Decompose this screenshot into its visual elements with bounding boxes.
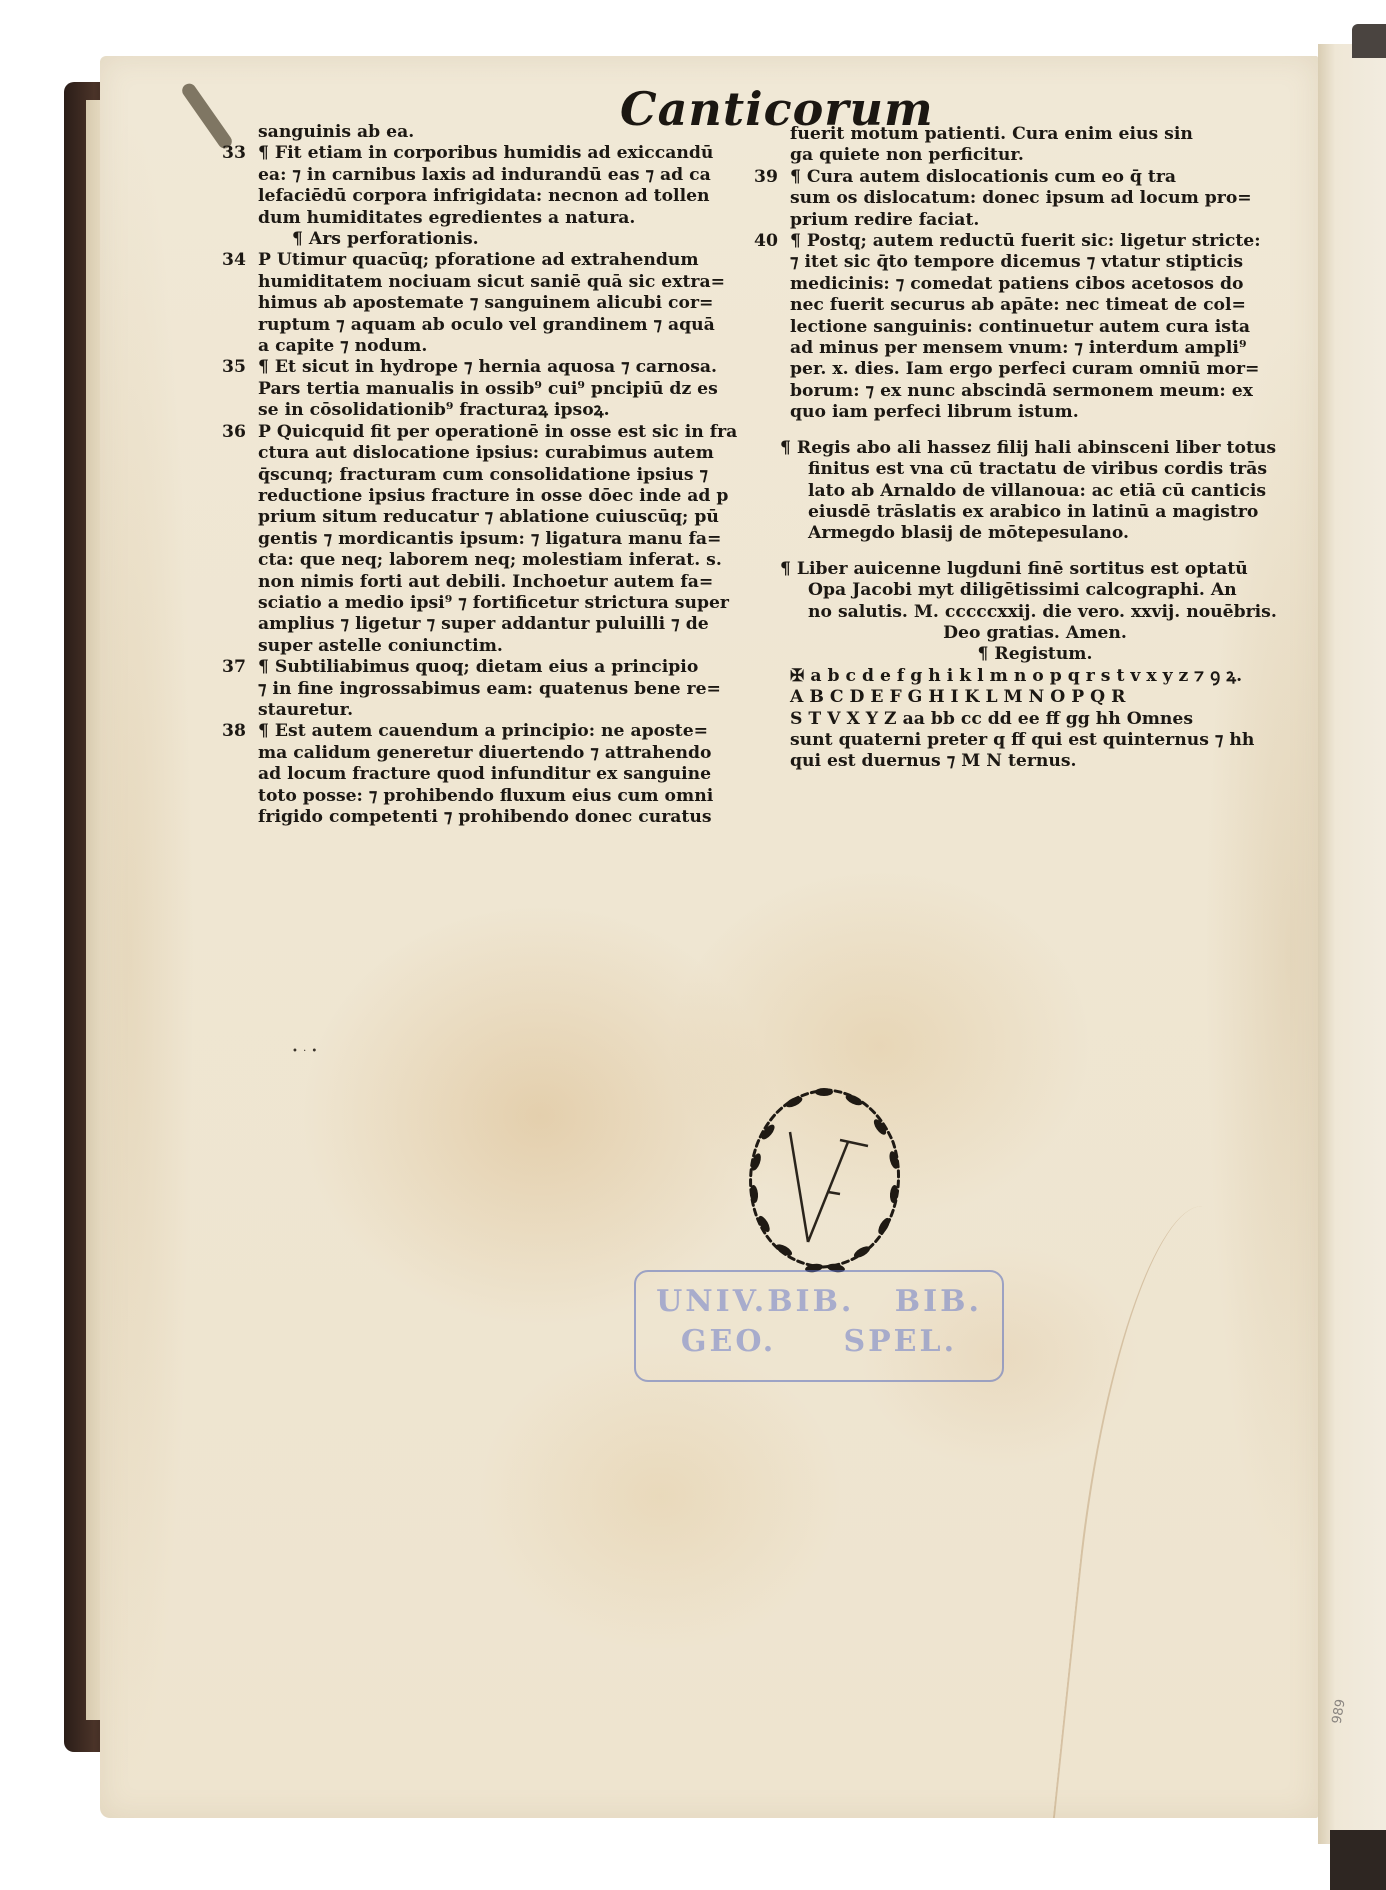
paragraph-number: 40	[754, 231, 786, 252]
library-stamp: UNIV.BIB. BIB. GEO. SPEL.	[634, 1270, 1004, 1382]
text-line: per. x. dies. Iam ergo perfeci curam omn…	[790, 359, 1280, 380]
text-line: ¶ Regis abo ali hassez filij hali abinsc…	[780, 438, 1280, 459]
text-line: Opa Jacobi myt diligētissimi calcographi…	[780, 580, 1280, 601]
paragraph-36: 36 P Quicquid fit per operationē in osse…	[258, 422, 790, 657]
text-line: medicinis: ⁊ comedat patiens cibos aceto…	[790, 274, 1280, 295]
text-line: ¶ Postq; autem reductū fuerit sic: liget…	[790, 231, 1280, 252]
text-line: ctura aut dislocatione ipsius: curabimus…	[258, 443, 790, 464]
text-line: ad locum fracture quod infunditur ex san…	[258, 764, 790, 785]
register-line: sunt quaterni preter q ff qui est quinte…	[790, 730, 1280, 751]
text-line: ga quiete non perficitur.	[790, 145, 1280, 166]
text-line: ea: ⁊ in carnibus laxis ad indurandū eas…	[258, 165, 790, 186]
facing-page	[1318, 44, 1386, 1844]
text-line: sum os dislocatum: donec ipsum ad locum …	[790, 188, 1280, 209]
text-line: ¶ Subtiliabimus quoq; dietam eius a prin…	[258, 657, 790, 678]
water-stain-line	[1053, 1206, 1259, 1818]
text-line: super astelle coniunctim.	[258, 636, 790, 657]
paragraph-39: 39 ¶ Cura autem dislocationis cum eo q̄ …	[790, 167, 1280, 231]
text-line: prium situm reducatur ⁊ ablatione cuiusc…	[258, 507, 790, 528]
paragraph-number: 38	[222, 721, 254, 742]
text-line: q̄scunq; fracturam cum consolidatione ip…	[258, 465, 790, 486]
text-line: frigido competenti ⁊ prohibendo donec cu…	[258, 807, 790, 828]
text-line: fuerit motum patienti. Cura enim eius si…	[790, 124, 1280, 145]
text-line: toto posse: ⁊ prohibendo fluxum eius cum…	[258, 786, 790, 807]
text-line: ruptum ⁊ aquam ab oculo vel grandinem ⁊ …	[258, 315, 790, 336]
text-line: sanguinis ab ea.	[258, 122, 790, 143]
register-line: ✠ a b c d e f g h i k l m n o p q r s t …	[790, 666, 1280, 687]
text-line: cta: que neq; laborem neq; molestiam inf…	[258, 550, 790, 571]
ink-specks: • · •	[292, 1046, 322, 1056]
paragraph-38: 38 ¶ Est autem cauendum a principio: ne …	[258, 721, 790, 828]
closing-line: Deo gratias. Amen.	[790, 623, 1280, 644]
spacer	[790, 545, 1280, 559]
text-line: humiditatem nociuam sicut saniē quā sic …	[258, 272, 790, 293]
paragraph-number: 37	[222, 657, 254, 678]
paragraph-number: 35	[222, 357, 254, 378]
text-line: no salutis. M. cccccxxij. die vero. xxvi…	[780, 602, 1280, 623]
text-line: prium redire faciat.	[790, 210, 1280, 231]
text-line: Pars tertia manualis in ossib⁹ cui⁹ pnci…	[258, 379, 790, 400]
register-heading: ¶ Registum.	[790, 644, 1280, 665]
laurel-wreath-monogram-icon	[728, 1072, 918, 1282]
text-line: ¶ Fit etiam in corporibus humidis ad exi…	[258, 143, 790, 164]
text-line: ⁊ in fine ingrossabimus eam: quatenus be…	[258, 679, 790, 700]
text-line: stauretur.	[258, 700, 790, 721]
book-cover-right-top	[1352, 24, 1386, 58]
register-heading-text: ¶ Registum.	[790, 644, 1280, 665]
text-line: ¶ Est autem cauendum a principio: ne apo…	[258, 721, 790, 742]
register-line: qui est duernus ⁊ M N ternus.	[790, 751, 1280, 772]
paragraph-number: 36	[222, 422, 254, 443]
text-line: ¶ Liber auicenne lugduni finē sortitus e…	[780, 559, 1280, 580]
text-line: ¶ Cura autem dislocationis cum eo q̄ tra	[790, 167, 1280, 188]
paragraph-40: 40 ¶ Postq; autem reductū fuerit sic: li…	[790, 231, 1280, 424]
text-line: finitus est vna cū tractatu de viribus c…	[780, 459, 1280, 480]
stamp-line: GEO. SPEL.	[636, 1322, 1002, 1362]
text-line: ⁊ itet sic q̄to tempore dicemus ⁊ vtatur…	[790, 252, 1280, 273]
text-line: lefaciēdū corpora infrigidata: necnon ad…	[258, 186, 790, 207]
section-heading-text: ¶ Ars perforationis.	[258, 229, 790, 250]
paragraph-33: 33 ¶ Fit etiam in corporibus humidis ad …	[258, 143, 790, 229]
right-column: fuerit motum patienti. Cura enim eius si…	[790, 124, 1280, 773]
spacer	[790, 424, 1280, 438]
text-line: P Quicquid fit per operationē in osse es…	[258, 422, 790, 443]
text-line: a capite ⁊ nodum.	[258, 336, 790, 357]
text-line: eiusdē trāslatis ex arabico in latinū a …	[780, 502, 1280, 523]
colophon-printer: ¶ Liber auicenne lugduni finē sortitus e…	[780, 559, 1280, 623]
book-cover-right-bottom	[1330, 1830, 1386, 1890]
text-line: dum humiditates egredientes a natura.	[258, 208, 790, 229]
text-line: ad minus per mensem vnum: ⁊ interdum amp…	[790, 338, 1280, 359]
paragraph-number: 39	[754, 167, 786, 188]
paragraph-34: 34 P Utimur quacūq; pforatione ad extrah…	[258, 250, 790, 357]
text-line: ¶ Et sicut in hydrope ⁊ hernia aquosa ⁊ …	[258, 357, 790, 378]
paragraph-37: 37 ¶ Subtiliabimus quoq; dietam eius a p…	[258, 657, 790, 721]
text-line: quo iam perfeci librum istum.	[790, 402, 1280, 423]
text-line: himus ab apostemate ⁊ sanguinem alicubi …	[258, 293, 790, 314]
paragraph-number: 34	[222, 250, 254, 271]
register: ✠ a b c d e f g h i k l m n o p q r s t …	[790, 666, 1280, 773]
text-line: gentis ⁊ mordicantis ipsum: ⁊ ligatura m…	[258, 529, 790, 550]
text-line: nec fuerit securus ab apāte: nec timeat …	[790, 295, 1280, 316]
paragraph: sanguinis ab ea.	[258, 122, 790, 143]
paragraph-continued: fuerit motum patienti. Cura enim eius si…	[790, 124, 1280, 167]
deo-gratias: Deo gratias. Amen.	[790, 623, 1280, 644]
paragraph-35: 35 ¶ Et sicut in hydrope ⁊ hernia aquosa…	[258, 357, 790, 421]
text-line: se in cōsolidationib⁹ fracturaꝝ ipsoꝝ.	[258, 400, 790, 421]
colophon-regis: ¶ Regis abo ali hassez filij hali abinsc…	[780, 438, 1280, 545]
text-line: sciatio a medio ipsi⁹ ⁊ fortificetur str…	[258, 593, 790, 614]
text-line: lectione sanguinis: continuetur autem cu…	[790, 317, 1280, 338]
text-line: amplius ⁊ ligetur ⁊ super addantur pului…	[258, 614, 790, 635]
text-line: non nimis forti aut debili. Inchoetur au…	[258, 572, 790, 593]
text-line: Armegdo blasij de mōtepesulano.	[780, 523, 1280, 544]
text-line: lato ab Arnaldo de villanoua: ac etiā cū…	[780, 481, 1280, 502]
text-line: reductione ipsius fracture in osse dōec …	[258, 486, 790, 507]
register-line: A B C D E F G H I K L M N O P Q R	[790, 687, 1280, 708]
text-line: ma calidum generetur diuertendo ⁊ attrah…	[258, 743, 790, 764]
text-line: P Utimur quacūq; pforatione ad extrahend…	[258, 250, 790, 271]
text-line: borum: ⁊ ex nunc abscindā sermonem meum:…	[790, 381, 1280, 402]
register-line: S T V X Y Z aa bb cc dd ee ff gg hh Omne…	[790, 709, 1280, 730]
paragraph-number: 33	[222, 143, 254, 164]
stamp-line: UNIV.BIB. BIB.	[636, 1282, 1002, 1322]
left-column: sanguinis ab ea. 33 ¶ Fit etiam in corpo…	[258, 122, 790, 828]
section-heading: ¶ Ars perforationis.	[258, 229, 790, 250]
